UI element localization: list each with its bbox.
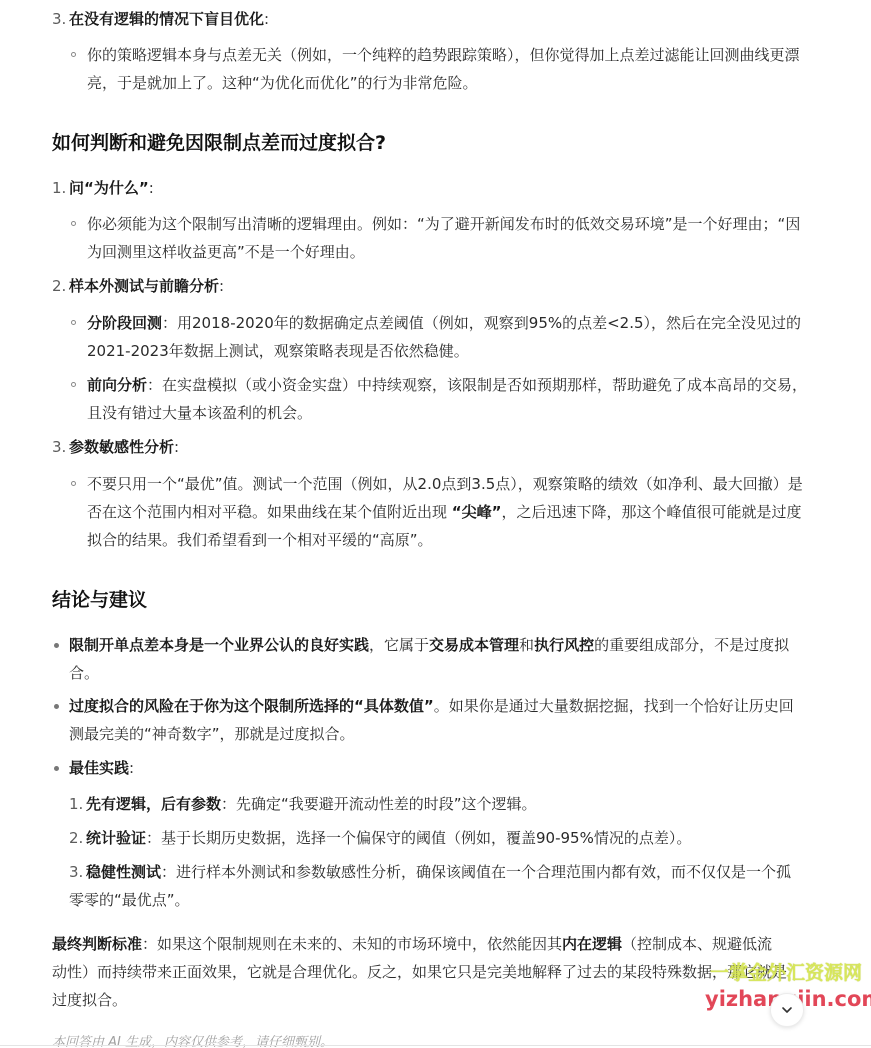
- sub-list-item: 你必须能为这个限制写出清晰的逻辑理由。例如：“为了避开新闻发布时的低效交易环境”…: [52, 210, 812, 266]
- sub-item-text: ：用2018-2020年的数据确定点差阈值（例如，观察到95%的点差<2.5），…: [87, 314, 801, 360]
- final-bold: 内在逻辑: [562, 935, 622, 953]
- sub-list-item: 前向分析：在实盘模拟（或小资金实盘）中持续观察，该限制是否如预期那样，帮助避免了…: [52, 371, 812, 427]
- chevron-down-icon: [781, 1004, 793, 1016]
- list-number: 3.: [52, 9, 66, 29]
- bullet-item: 限制开单点差本身是一个业界公认的良好实践，它属于交易成本管理和执行风控的重要组成…: [52, 631, 799, 687]
- best-practice-item: 2. 统计验证：基于长期历史数据，选择一个偏保守的阈值（例如，覆盖90-95%情…: [69, 824, 811, 852]
- hollow-bullet-icon: [71, 382, 76, 387]
- list-number: 1.: [52, 178, 66, 198]
- sub-item-bold: 分阶段回测: [87, 314, 162, 332]
- list-item-out-of-sample: 2. 样本外测试与前瞻分析:: [52, 276, 814, 296]
- list-item-title: 样本外测试与前瞻分析: [69, 277, 219, 295]
- hollow-bullet-icon: [71, 52, 76, 57]
- bullet-bold: 限制开单点差本身是一个业界公认的良好实践: [69, 636, 369, 654]
- colon: :: [129, 759, 134, 777]
- best-practice-item: 3. 稳健性测试：进行样本外测试和参数敏感性分析，确保该阈值在一个合理范围内都有…: [69, 858, 794, 914]
- bullet-bold: 最佳实践: [69, 759, 129, 777]
- sub-list-item: 你的策略逻辑本身与点差无关（例如，一个纯粹的趋势跟踪策略），但你觉得加上点差过滤…: [52, 41, 812, 97]
- list-item-blind-optimization: 3. 在没有逻辑的情况下盲目优化:: [52, 9, 814, 29]
- best-practice-bold: 先有逻辑，后有参数: [86, 795, 221, 813]
- bullet-dot-icon: [54, 704, 59, 709]
- list-number: 1.: [69, 790, 83, 818]
- hollow-bullet-icon: [71, 481, 76, 486]
- best-practice-text: ：基于长期历史数据，选择一个偏保守的阈值（例如，覆盖90-95%情况的点差）。: [146, 829, 691, 847]
- bullet-bold: 交易成本管理: [429, 636, 519, 654]
- best-practice-bold: 统计验证: [86, 829, 146, 847]
- sub-item-bold: 前向分析: [87, 376, 147, 394]
- final-bold: 最终判断标准: [52, 935, 142, 953]
- colon: :: [149, 179, 154, 197]
- list-item-title: 在没有逻辑的情况下盲目优化: [69, 10, 264, 28]
- section-heading-conclusion: 结论与建议: [52, 587, 147, 613]
- sub-item-text: 你必须能为这个限制写出清晰的逻辑理由。例如：“为了避开新闻发布时的低效交易环境”…: [87, 215, 800, 261]
- list-item-ask-why: 1. 问“为什么”:: [52, 178, 814, 198]
- bullet-dot-icon: [54, 766, 59, 771]
- bullet-item-best-practice: 最佳实践:: [52, 754, 799, 782]
- scroll-to-bottom-button[interactable]: [770, 993, 804, 1027]
- list-number: 2.: [69, 824, 83, 852]
- best-practice-bold: 稳健性测试: [86, 863, 161, 881]
- final-criteria-paragraph: 最终判断标准：如果这个限制规则在未来的、未知的市场环境中，依然能因其内在逻辑（控…: [52, 930, 787, 1014]
- bullet-text: 和: [519, 636, 534, 654]
- sub-list-item: 分阶段回测：用2018-2020年的数据确定点差阈值（例如，观察到95%的点差<…: [52, 309, 812, 365]
- sub-list-item: 不要只用一个“最优”值。测试一个范围（例如，从2.0点到3.5点），观察策略的绩…: [52, 470, 812, 554]
- list-number: 3.: [52, 437, 66, 457]
- list-item-title: 参数敏感性分析: [69, 438, 174, 456]
- section-heading-avoid: 如何判断和避免因限制点差而过度拟合?: [52, 130, 386, 156]
- hollow-bullet-icon: [71, 221, 76, 226]
- bullet-item: 过度拟合的风险在于你为这个限制所选择的“具体数值”。如果你是通过大量数据挖掘，找…: [52, 692, 799, 748]
- colon: :: [219, 277, 224, 295]
- sub-item-text: ：在实盘模拟（或小资金实盘）中持续观察，该限制是否如预期那样，帮助避免了成本高昂…: [87, 376, 807, 422]
- bullet-bold: 执行风控: [534, 636, 594, 654]
- sub-item-bold: “尖峰”: [452, 503, 502, 521]
- hollow-bullet-icon: [71, 320, 76, 325]
- list-item-title: 问“为什么”: [69, 179, 149, 197]
- bullet-dot-icon: [54, 643, 59, 648]
- watermark-chinese: 一掌金外汇资源网: [710, 958, 862, 985]
- best-practice-item: 1. 先有逻辑，后有参数：先确定“我要避开流动性差的时段”这个逻辑。: [69, 790, 811, 818]
- list-item-sensitivity: 3. 参数敏感性分析:: [52, 437, 814, 457]
- bullet-bold: 过度拟合的风险在于你为这个限制所选择的“具体数值”: [69, 697, 434, 715]
- best-practice-text: ：进行样本外测试和参数敏感性分析，确保该阈值在一个合理范围内都有效，而不仅仅是一…: [69, 863, 791, 909]
- bullet-text: ，它属于: [369, 636, 429, 654]
- colon: :: [174, 438, 179, 456]
- best-practice-text: ：先确定“我要避开流动性差的时段”这个逻辑。: [221, 795, 537, 813]
- colon: :: [264, 10, 269, 28]
- list-number: 3.: [69, 858, 83, 886]
- sub-item-text: 你的策略逻辑本身与点差无关（例如，一个纯粹的趋势跟踪策略），但你觉得加上点差过滤…: [87, 46, 800, 92]
- final-text: ：如果这个限制规则在未来的、未知的市场环境中，依然能因其: [142, 935, 562, 953]
- list-number: 2.: [52, 276, 66, 296]
